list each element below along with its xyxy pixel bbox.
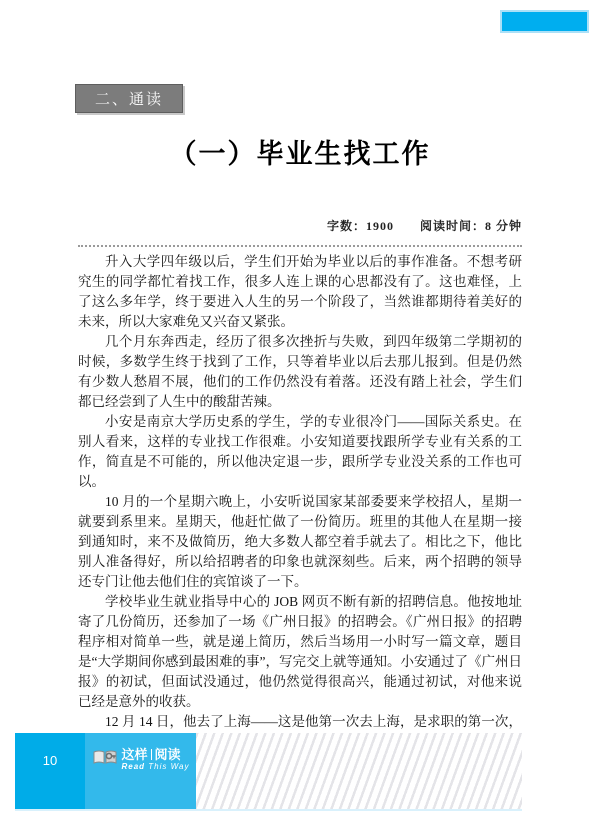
dotted-divider [78,245,522,247]
logo-english: Read This Way [122,762,190,772]
logo-cn-part1: 这样 [122,747,148,762]
chapter-tab [500,10,589,33]
paragraph-5: 学校毕业生就业指导中心的 JOB 网页不断有新的招聘信息。他按地址寄了几份简历，… [78,592,522,712]
logo-en-bold: Read [122,762,146,771]
logo-chinese: 这样 阅读 [122,747,181,762]
textbook-page: 二、通读 （一）毕业生找工作 字数：1900 阅读时间：8 分钟 升入大学四年级… [0,0,600,819]
meta-row: 字数：1900 阅读时间：8 分钟 [327,217,522,234]
logo-text: 这样 阅读 Read This Way [122,747,190,772]
page-title: （一）毕业生找工作 [0,132,600,171]
paragraph-2: 几个月东奔西走，经历了很多次挫折与失败，到四年级第二学期初的时候，多数学生终于找… [78,332,522,412]
reading-time-label: 阅读时间：8 分钟 [420,217,522,234]
logo-cn-part2: 阅读 [155,747,181,762]
open-book-key-icon [92,749,118,771]
paragraph-4: 10 月的一个星期六晚上，小安听说国家某部委要来学校招人，星期一就要到系里来。星… [78,492,522,592]
section-label-text: 二、通读 [95,88,163,109]
logo-block: 这样 阅读 Read This Way [85,733,196,809]
footer-stripes [196,733,522,809]
section-label: 二、通读 [75,84,183,113]
article-body: 升入大学四年级以后，学生们开始为毕业以后的事作准备。不想考研究生的同学都忙着找工… [78,252,522,772]
logo-divider [151,749,152,760]
paragraph-1: 升入大学四年级以后，学生们开始为毕业以后的事作准备。不想考研究生的同学都忙着找工… [78,252,522,332]
logo-en-rest: This Way [148,762,189,771]
page-number: 10 [43,753,57,768]
footer-band: 10 这样 阅读 Read This [15,733,522,809]
page-number-block: 10 [15,733,85,809]
paragraph-3: 小安是南京大学历史系的学生，学的专业很冷门——国际关系史。在别人看来，这样的专业… [78,412,522,492]
word-count-label: 字数：1900 [327,217,394,234]
footer-underline [15,809,522,811]
